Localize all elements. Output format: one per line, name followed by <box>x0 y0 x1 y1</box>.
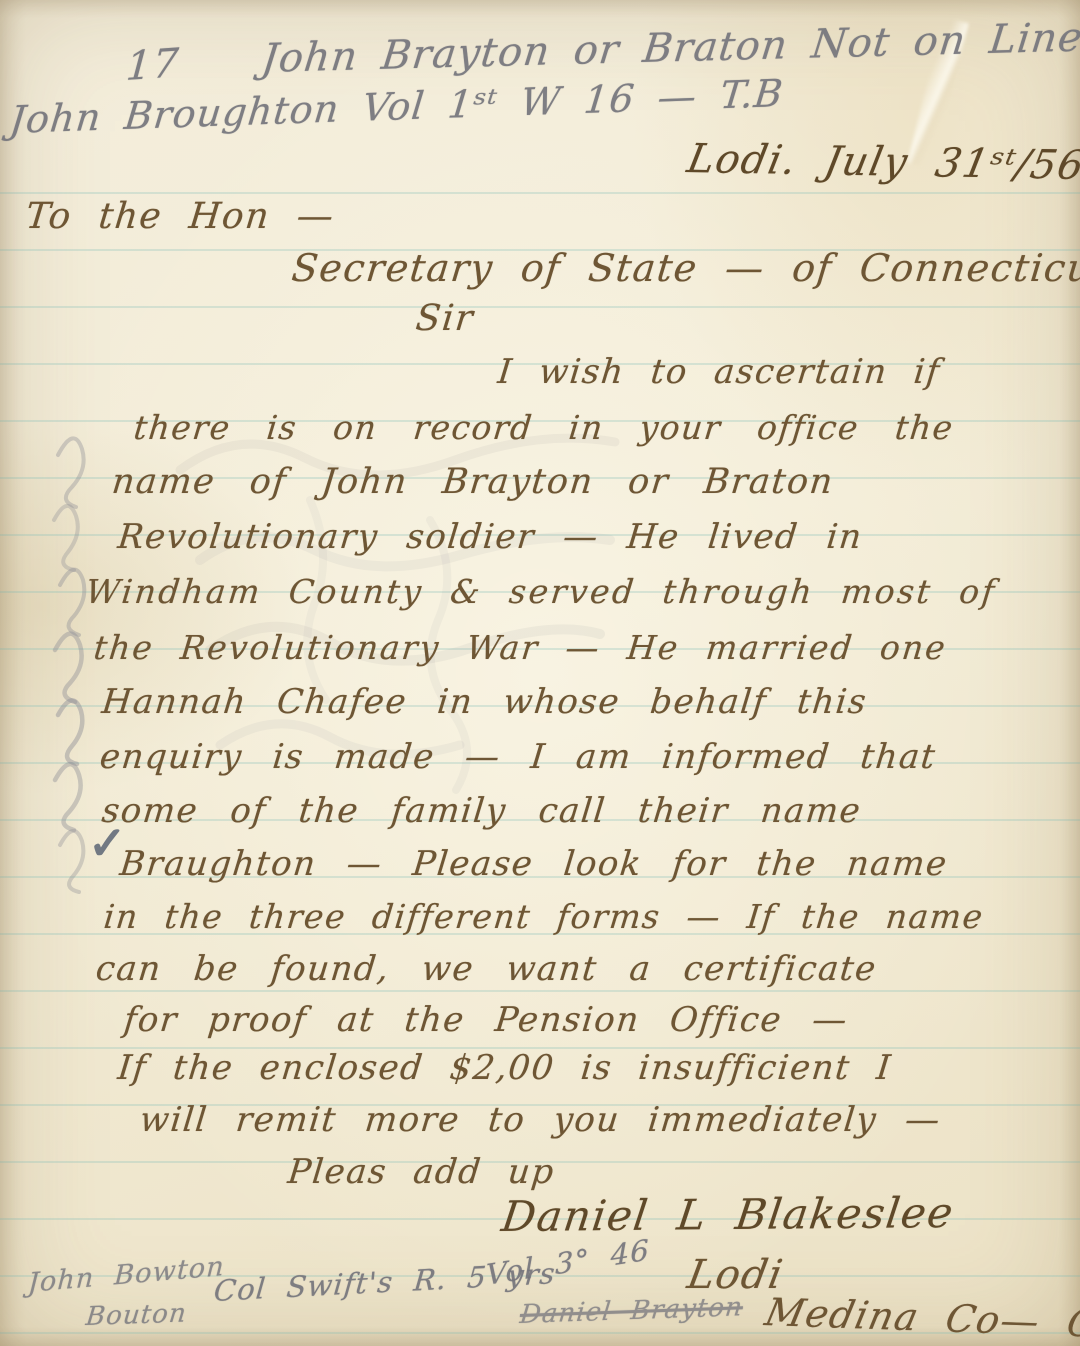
bottom-annotation-volume: Vol 3° 46 <box>486 1233 650 1292</box>
body-line: in the three different forms — If the na… <box>102 897 986 936</box>
signature: Daniel L Blakeslee <box>499 1188 957 1241</box>
body-line: Pleas add up <box>286 1152 557 1192</box>
dateline: Lodi. July 31ˢᵗ/56 <box>684 136 1080 189</box>
bottom-annotation-name1: John Bowton <box>27 1251 225 1299</box>
top-annotation-line1: John Brayton or Braton Not on Line <box>259 15 1080 82</box>
address-line2: Secretary of State — of Connecticutt <box>290 246 1080 290</box>
body-line: for proof at the Pension Office — <box>122 1000 850 1040</box>
body-line: there is on record in your office the <box>132 408 956 447</box>
body-line: If the enclosed $2,00 is insufficient I <box>116 1048 894 1088</box>
margin-checkmark: ✓ <box>88 816 127 870</box>
body-line: Hannah Chafee in whose behalf this <box>100 682 869 722</box>
signature-county-state: Medina Co— Ohio <box>761 1290 1080 1346</box>
body-line: will remit more to you immediately — <box>138 1100 943 1140</box>
body-line: some of the family call their name <box>100 791 864 831</box>
body-line: can be found, we want a certificate <box>94 949 879 989</box>
scanned-letter-page: 17 John Brayton or Braton Not on Line Jo… <box>0 0 1080 1346</box>
body-line: enquiry is made — I am informed that <box>98 737 938 777</box>
salutation: Sir <box>414 298 476 339</box>
body-line: name of John Brayton or Braton <box>110 462 836 502</box>
bottom-annotation-name2: Bouton <box>84 1299 188 1332</box>
body-line: Revolutionary soldier — He lived in <box>116 517 865 557</box>
address-line1: To the Hon — <box>24 196 337 237</box>
body-line: the Revolutionary War — He married one <box>92 628 949 667</box>
body-line: I wish to ascertain if <box>496 352 943 392</box>
page-number: 17 <box>124 40 181 90</box>
bottom-annotation-struck-name: Daniel Brayton <box>518 1292 744 1330</box>
body-line: Braughton — Please look for the name <box>118 844 950 884</box>
body-line: Windham County & served through most of <box>84 572 999 611</box>
